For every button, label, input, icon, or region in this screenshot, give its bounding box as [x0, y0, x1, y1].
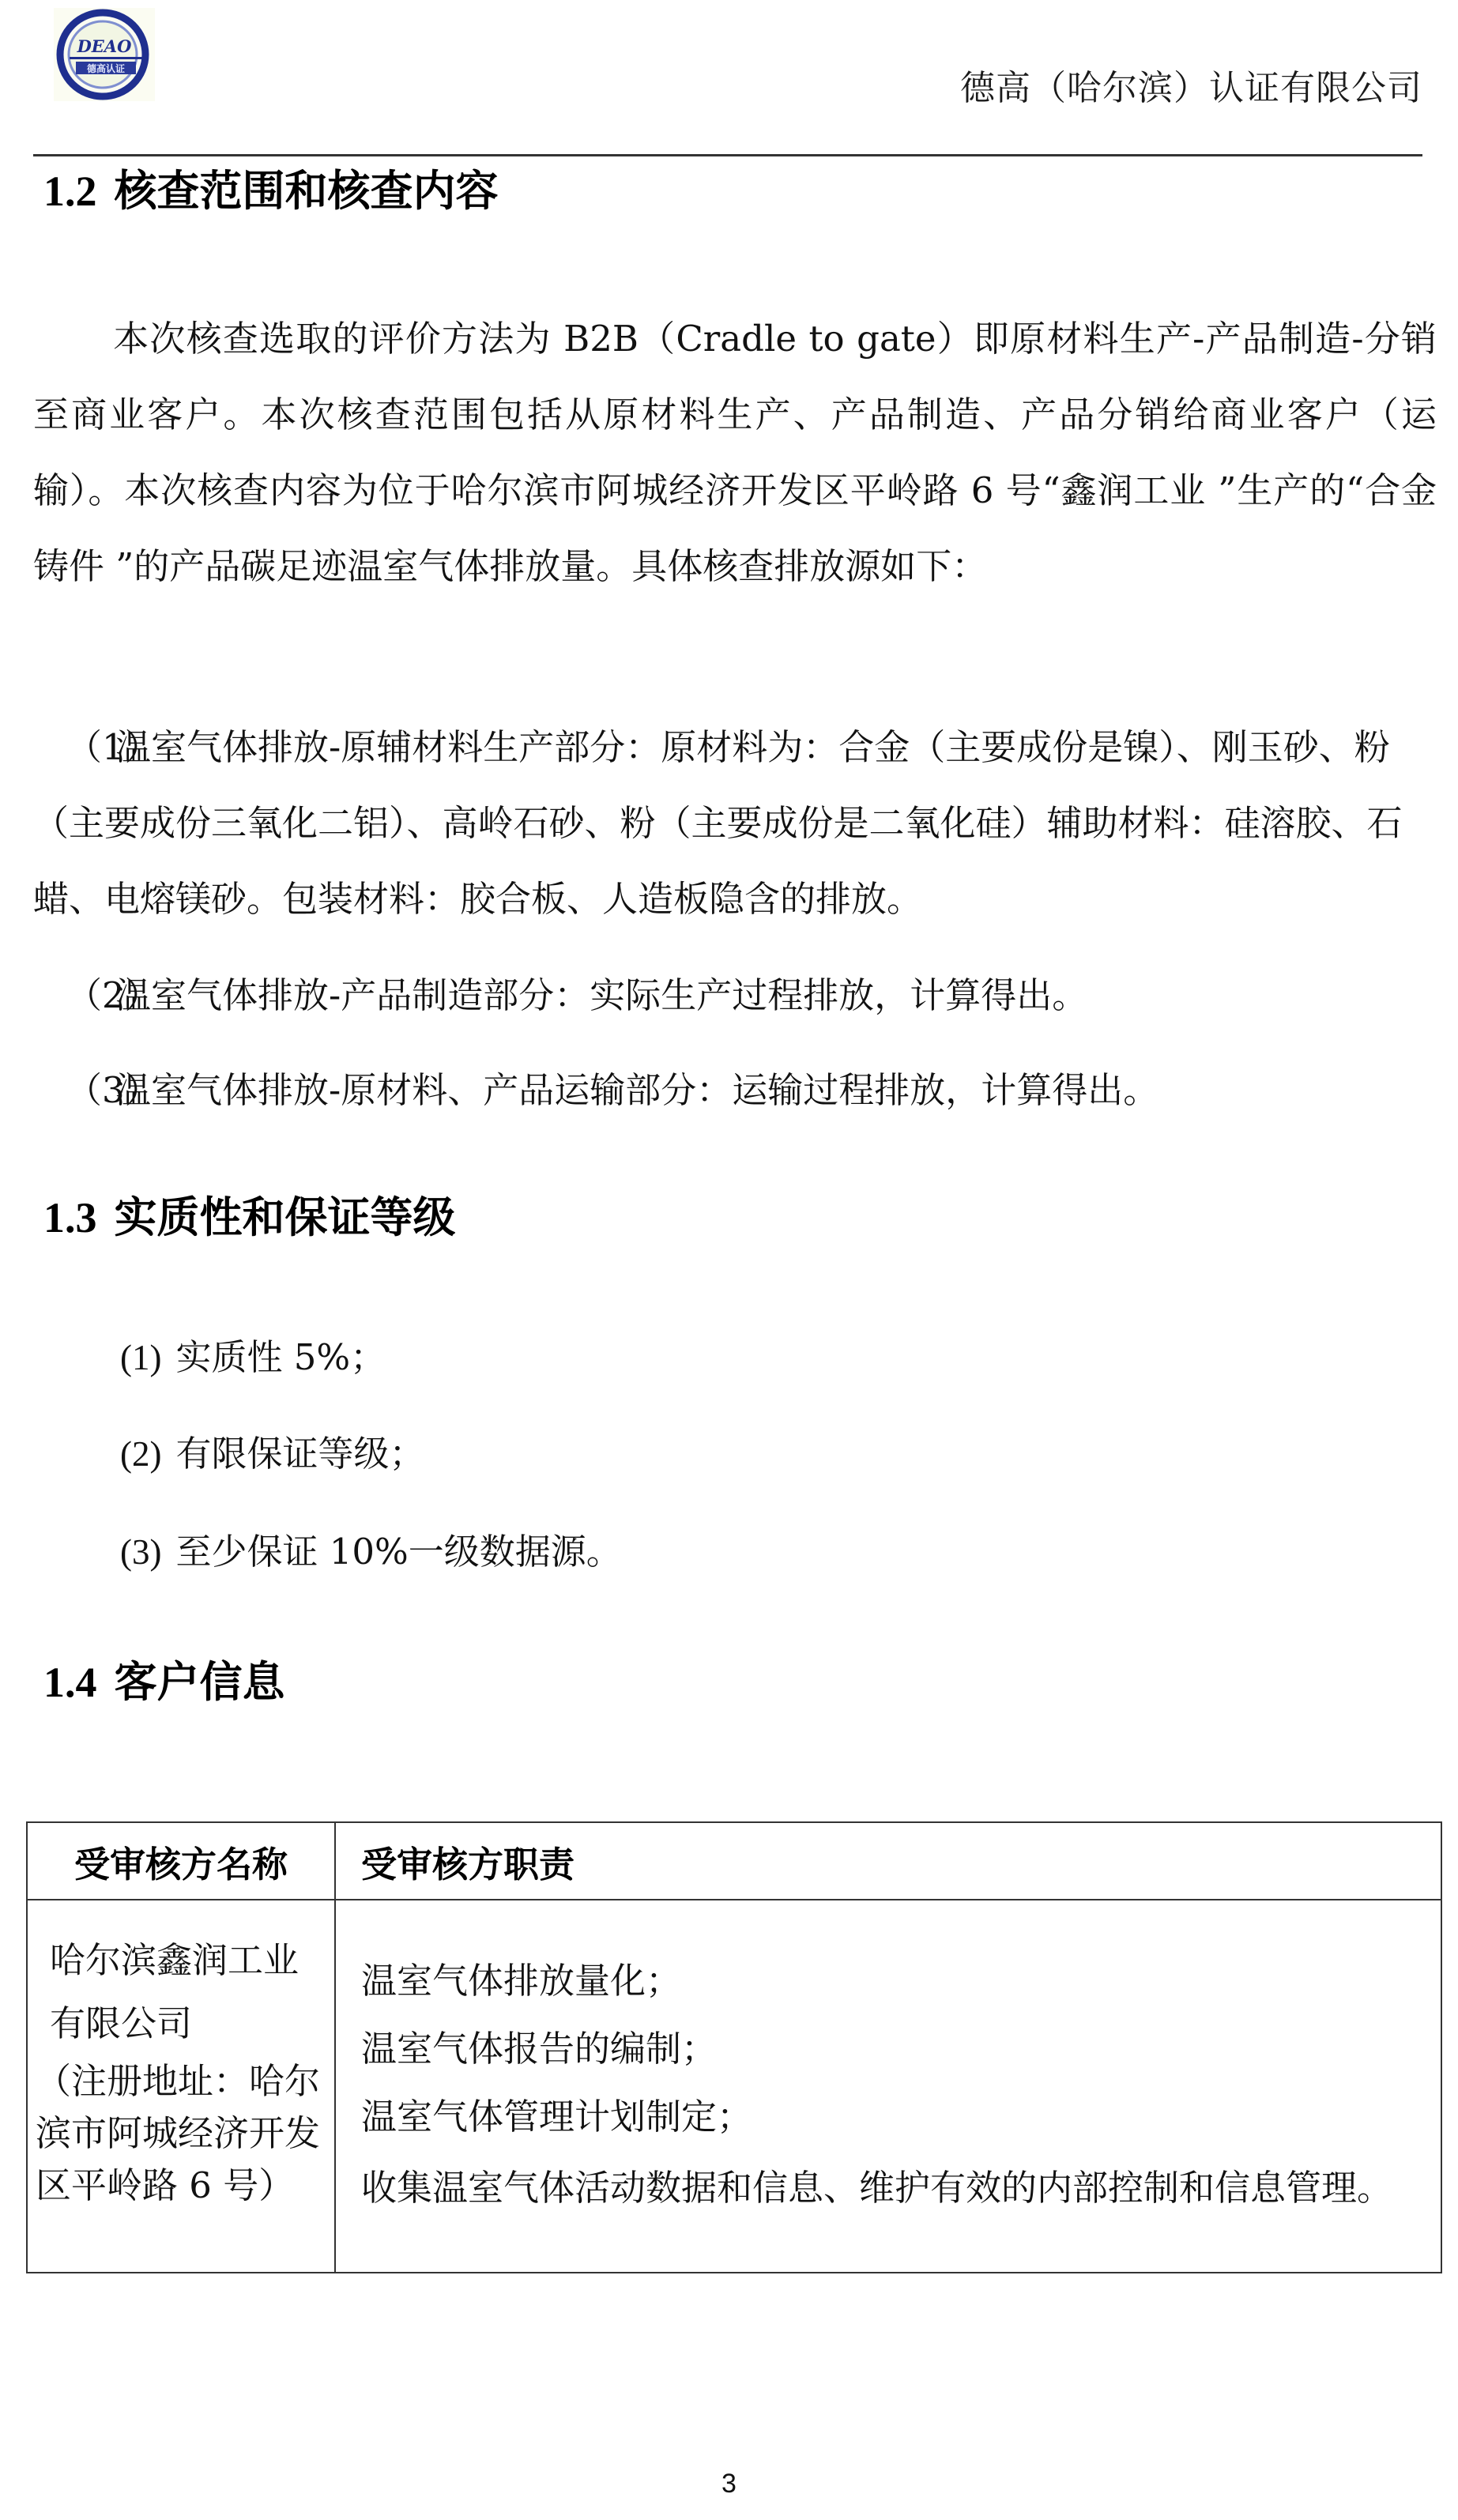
duty-item: 温室气体管理计划制定； [361, 2092, 1409, 2141]
item-marker: （1） [66, 710, 115, 785]
item-marker: (1) [120, 1338, 161, 1377]
section-number: 1.4 [43, 1659, 97, 1706]
duty-item: 温室气体报告的编制； [361, 2025, 1409, 2074]
assurance-item-3: (3)至少保证 10%一级数据源。 [120, 1528, 622, 1576]
company-name: 德高（哈尔滨）认证有限公司 [960, 66, 1422, 111]
table-row: 哈尔滨鑫润工业有限公司 （注册地址：哈尔滨市阿城经济开发区平岭路 6 号） 温室… [27, 1900, 1441, 2273]
item-text: 温室气体排放-原材料、产品运输部分：运输过程排放，计算得出。 [115, 1069, 1158, 1111]
item-marker: （3） [66, 1053, 115, 1128]
emission-source-item-3: （3）温室气体排放-原材料、产品运输部分：运输过程排放，计算得出。 [33, 1053, 1437, 1128]
item-text: 实质性 5%； [175, 1336, 386, 1378]
section-heading-1-4: 1.4客户信息 [43, 1654, 285, 1710]
header-divider [33, 154, 1422, 156]
auditee-duties-cell: 温室气体排放量化； 温室气体报告的编制； 温室气体管理计划制定； 收集温室气体活… [335, 1900, 1441, 2273]
emission-source-item-1: （1）温室气体排放-原辅材料生产部分：原材料为：合金（主要成份是镍）、刚玉砂、粉… [33, 710, 1437, 937]
item-text: 至少保证 10%一级数据源。 [175, 1531, 621, 1573]
page-number: 3 [0, 2469, 1458, 2499]
emission-source-item-2: （2）温室气体排放-产品制造部分：实际生产过程排放，计算得出。 [33, 958, 1437, 1034]
assurance-item-1: (1)实质性 5%； [120, 1334, 386, 1381]
column-header-auditee-duties: 受审核方职责 [335, 1822, 1441, 1900]
auditee-registered-address: （注册地址：哈尔滨市阿城经济开发区平岭路 6 号） [36, 2055, 320, 2212]
svg-text:德高认证: 德高认证 [87, 62, 125, 74]
scope-paragraph-text: 本次核查选取的评价方法为 B2B（Cradle to gate）即原材料生产-产… [33, 318, 1437, 587]
duty-item: 温室气体排放量化； [361, 1957, 1409, 2006]
column-header-auditee-name: 受审核方名称 [27, 1822, 335, 1900]
duty-item: 收集温室气体活动数据和信息、维护有效的内部控制和信息管理。 [361, 2160, 1409, 2216]
deao-logo-icon: DEAO 德高认证 [54, 8, 155, 101]
section-title: 核查范围和核查内容 [115, 165, 499, 216]
section-title: 客户信息 [115, 1656, 285, 1707]
item-text: 温室气体排放-原辅材料生产部分：原材料为：合金（主要成份是镍）、刚玉砂、粉（主要… [33, 726, 1403, 920]
scope-paragraph: 本次核查选取的评价方法为 B2B（Cradle to gate）即原材料生产-产… [33, 301, 1437, 605]
auditee-name-cell: 哈尔滨鑫润工业有限公司 （注册地址：哈尔滨市阿城经济开发区平岭路 6 号） [27, 1900, 335, 2273]
section-title: 实质性和保证等级 [115, 1192, 456, 1242]
section-number: 1.3 [43, 1194, 97, 1241]
company-logo: DEAO 德高认证 [54, 8, 155, 101]
auditee-company-name: 哈尔滨鑫润工业有限公司 [50, 1929, 320, 2055]
item-marker: (3) [120, 1532, 161, 1572]
client-info-table: 受审核方名称 受审核方职责 哈尔滨鑫润工业有限公司 （注册地址：哈尔滨市阿城经济… [26, 1821, 1442, 2273]
assurance-item-2: (2)有限保证等级； [120, 1430, 425, 1478]
svg-text:DEAO: DEAO [77, 36, 133, 56]
item-text: 有限保证等级； [175, 1433, 424, 1475]
item-marker: （2） [66, 958, 115, 1034]
item-text: 温室气体排放-产品制造部分：实际生产过程排放，计算得出。 [115, 974, 1087, 1016]
table-header-row: 受审核方名称 受审核方职责 [27, 1822, 1441, 1900]
section-heading-1-3: 1.3实质性和保证等级 [43, 1189, 456, 1245]
section-number: 1.2 [43, 168, 97, 215]
section-heading-1-2: 1.2核查范围和核查内容 [43, 163, 499, 219]
item-marker: (2) [120, 1434, 161, 1474]
